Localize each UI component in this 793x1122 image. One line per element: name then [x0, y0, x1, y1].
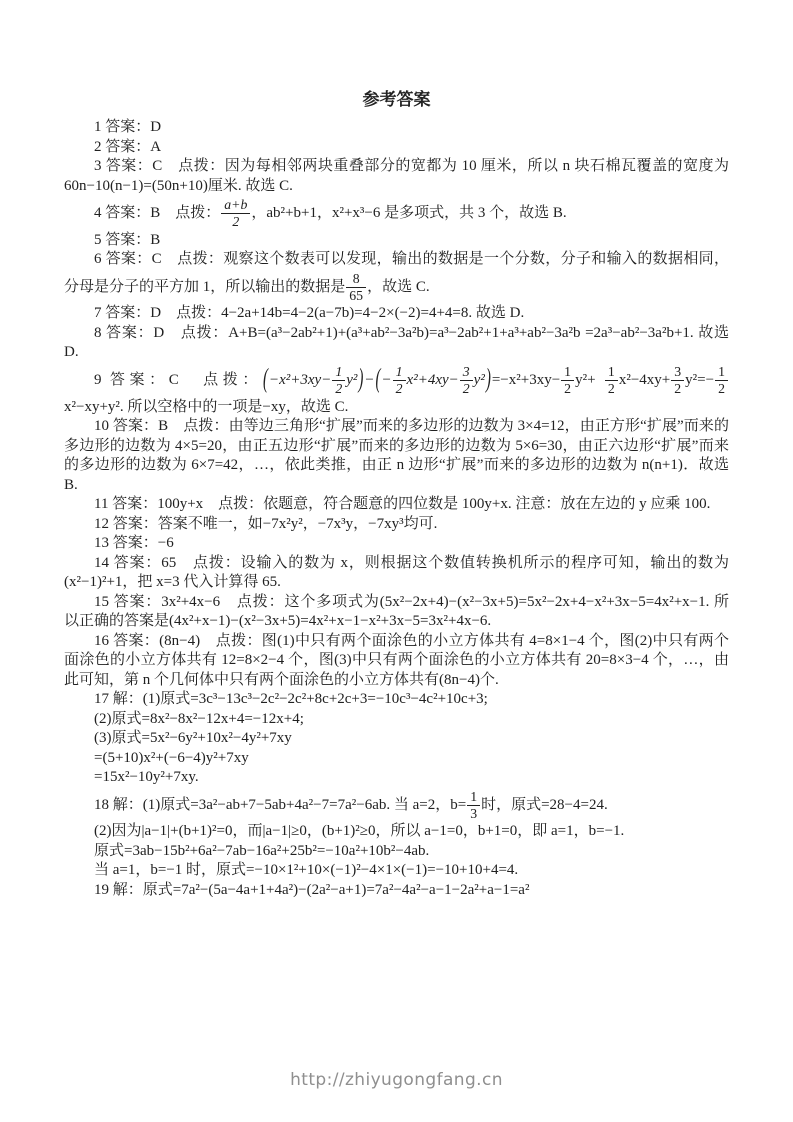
answer-paragraph: 1 答案：D — [64, 118, 729, 138]
answer-paragraph: 5 答案：B — [64, 231, 729, 251]
answers-list: 1 答案：D2 答案：A3 答案：C 点拨：因为每相邻两块重叠部分的宽都为 10… — [64, 118, 729, 900]
fraction: 12 — [715, 364, 728, 397]
answer-paragraph: 9 答案：C 点拨：(−x²+3xy−12y²)−(−12x²+4xy−32y²… — [64, 363, 729, 417]
answer-paragraph: =15x²−10y²+7xy. — [64, 768, 729, 788]
math-italic: a+b2 — [220, 205, 251, 221]
big-parenthesis: ) — [485, 362, 492, 398]
fraction: 32 — [460, 364, 473, 397]
footer-url: http://zhiyugongfang.cn — [0, 1071, 793, 1091]
big-parenthesis: ) — [357, 362, 364, 398]
big-parenthesis: ( — [262, 362, 269, 398]
fraction: a+b2 — [221, 197, 250, 230]
answer-paragraph: 16 答案：(8n−4) 点拨：图(1)中只有两个面涂色的小立方体共有 4=8×… — [64, 632, 729, 691]
answer-paragraph: 原式=3ab−15b²+6a²−7ab−16a²+25b²=−10a²+10b²… — [64, 842, 729, 862]
answer-paragraph: 13 答案：−6 — [64, 534, 729, 554]
answer-paragraph: 2 答案：A — [64, 138, 729, 158]
answer-paragraph: 10 答案：B 点拨：由等边三角形“扩展”而来的多边形的边数为 3×4=12，由… — [64, 417, 729, 495]
answer-paragraph: (2)因为|a−1|+(b+1)²=0，而|a−1|≥0，(b+1)²≥0，所以… — [64, 822, 729, 842]
page-title: 参考答案 — [64, 88, 729, 112]
answer-paragraph: 18 解：(1)原式=3a²−ab+7−5ab+4a²−7=7a²−6ab. 当… — [64, 788, 729, 823]
fraction: 865 — [346, 271, 366, 304]
answer-paragraph: 12 答案：答案不唯一，如−7x²y²，−7x³y，−7xy³均可. — [64, 515, 729, 535]
answer-paragraph: 8 答案：D 点拨：A+B=(a³−2ab²+1)+(a³+ab²−3a²b)=… — [64, 324, 729, 363]
answer-paragraph: 7 答案：D 点拨：4−2a+14b=4−2(a−7b)=4−2×(−2)=4+… — [64, 304, 729, 324]
answer-paragraph: 15 答案：3x²+4x−6 点拨：这个多项式为(5x²−2x+4)−(x²−3… — [64, 593, 729, 632]
fraction: 12 — [605, 364, 618, 397]
answer-paragraph: 4 答案：B 点拨：a+b2，ab²+b+1，x²+x³−6 是多项式，共 3 … — [64, 196, 729, 231]
fraction: 12 — [393, 364, 406, 397]
fraction: 12 — [561, 364, 574, 397]
answer-paragraph: 19 解：原式=7a²−(5a−4a+1+4a²)−(2a²−a+1)=7a²−… — [64, 881, 729, 901]
answer-paragraph: 当 a=1，b=−1 时，原式=−10×1²+10×(−1)²−4×1×(−1)… — [64, 861, 729, 881]
math-italic: (−x²+3xy−12y²)−(−12x²+4xy−32y²) — [262, 372, 492, 388]
answer-paragraph: (3)原式=5x²−6y²+10x²−4y²+7xy — [64, 729, 729, 749]
answer-paragraph: 6 答案：C 点拨：观察这个数表可以发现，输出的数据是一个分数，分子和输入的数据… — [64, 250, 729, 304]
document-page: 参考答案 1 答案：D2 答案：A3 答案：C 点拨：因为每相邻两块重叠部分的宽… — [0, 0, 793, 1122]
answer-paragraph: 14 答案：65 点拨：设输入的数为 x，则根据这个数值转换机所示的程序可知，输… — [64, 554, 729, 593]
answer-paragraph: =(5+10)x²+(−6−4)y²+7xy — [64, 749, 729, 769]
answer-paragraph: 17 解：(1)原式=3c³−13c³−2c²−2c²+8c+2c+3=−10c… — [64, 690, 729, 710]
fraction: 32 — [671, 364, 684, 397]
answer-paragraph: 3 答案：C 点拨：因为每相邻两块重叠部分的宽都为 10 厘米，所以 n 块石棉… — [64, 157, 729, 196]
answer-paragraph: 11 答案：100y+x 点拨：依题意，符合题意的四位数是 100y+x. 注意… — [64, 495, 729, 515]
answer-paragraph: (2)原式=8x²−8x²−12x+4=−12x+4; — [64, 710, 729, 730]
fraction: 13 — [467, 789, 480, 822]
fraction: 12 — [332, 364, 345, 397]
big-parenthesis: ( — [375, 362, 382, 398]
